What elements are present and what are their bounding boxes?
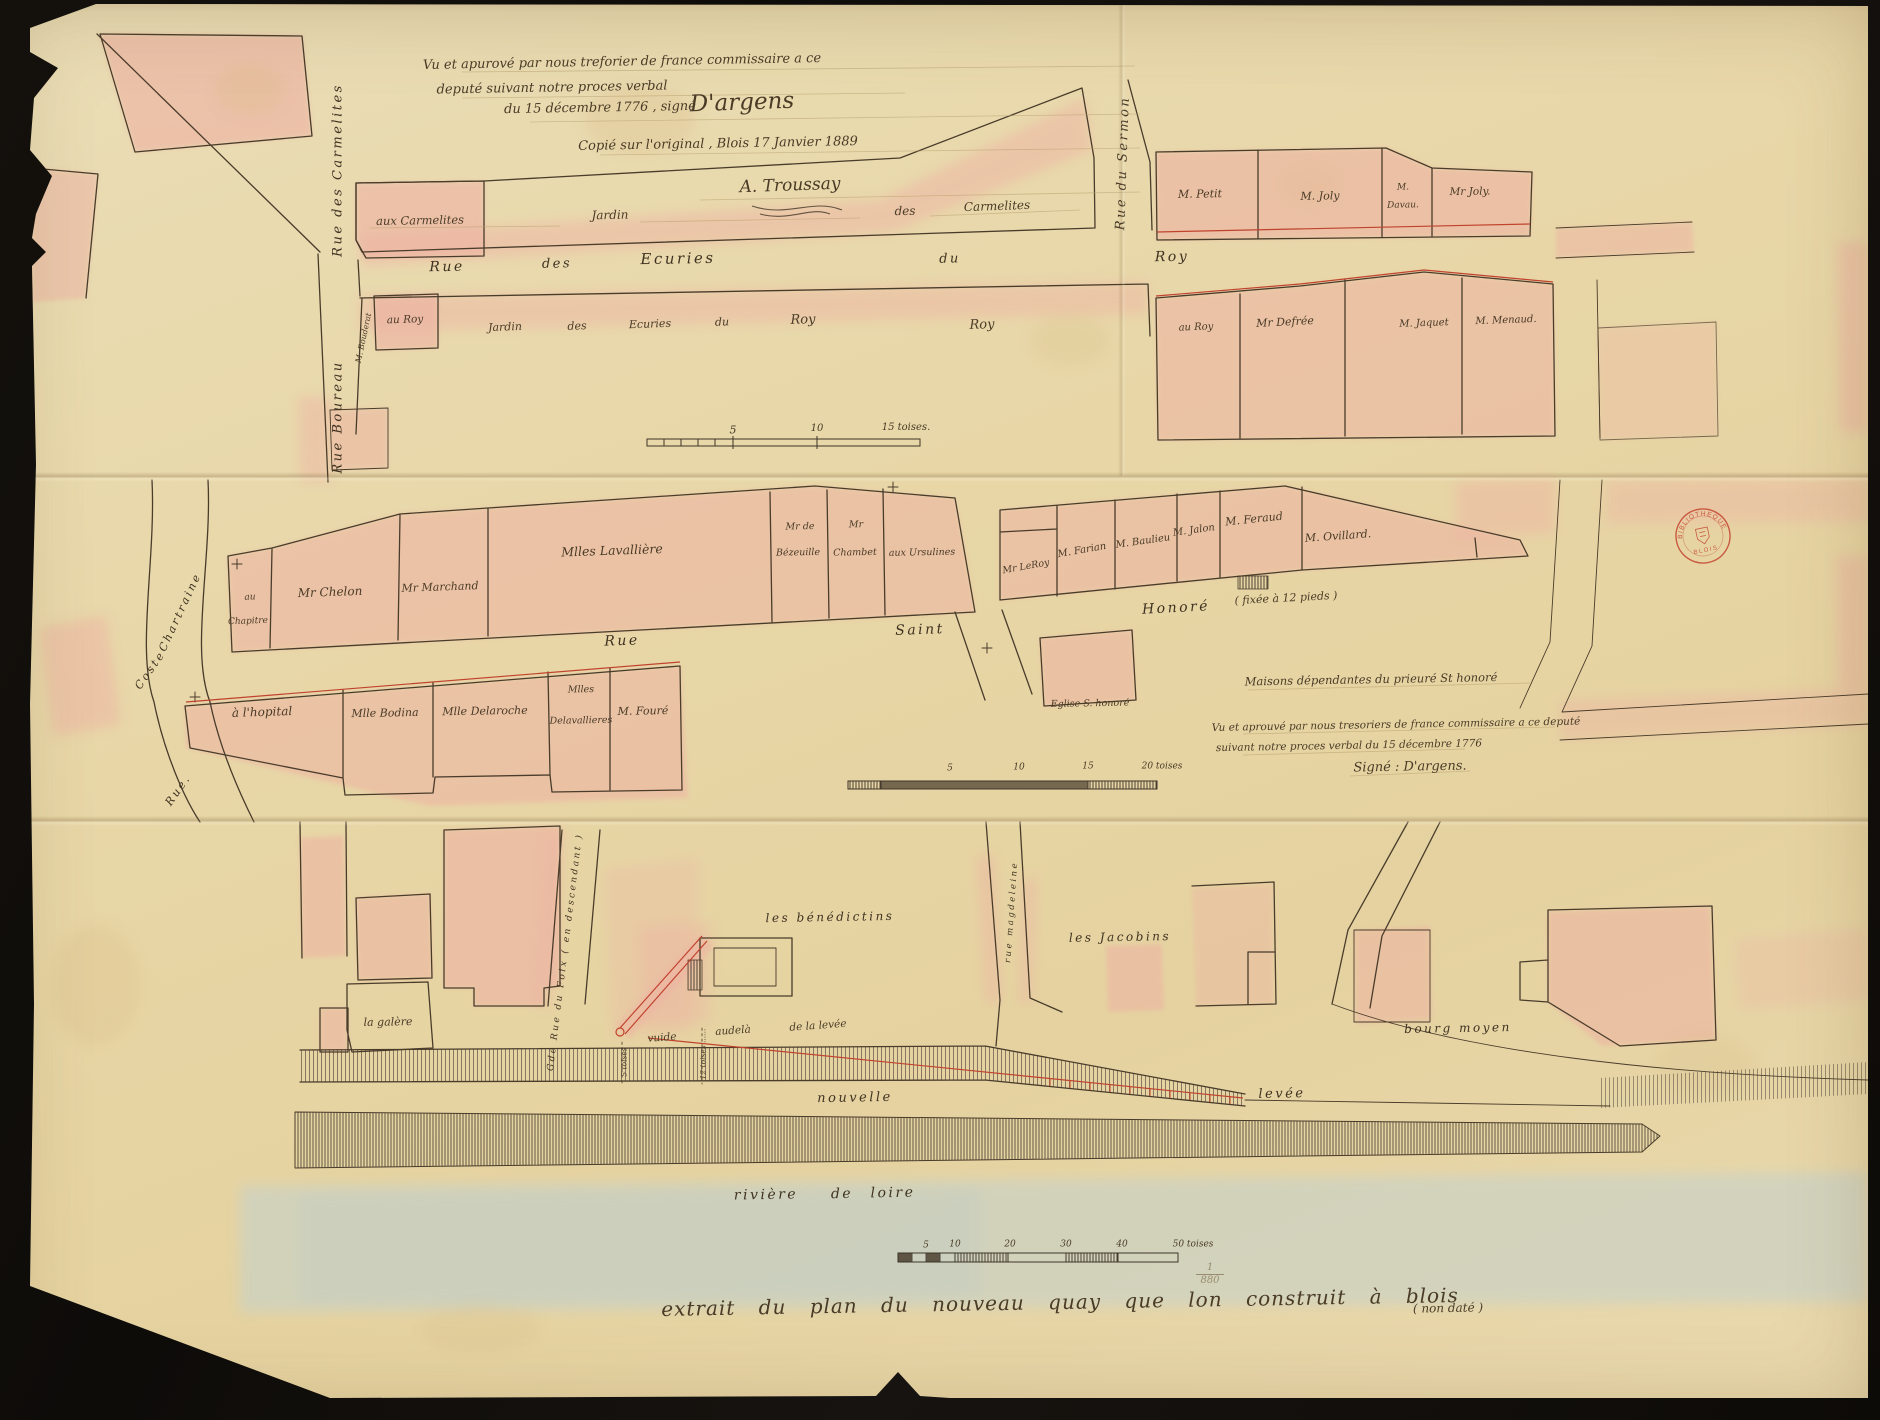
street-rue-boureau: Rue Boureau	[332, 360, 345, 473]
scale3-label-50: 50 toises	[1173, 1241, 1214, 1250]
scale2-label-15: 15	[1082, 763, 1093, 772]
scale3-label-5: 5	[923, 1242, 929, 1251]
scale-bar-toises-2	[848, 781, 1157, 789]
measure-5-toises: 5 toises	[620, 1047, 628, 1076]
plot-mlle-bodina: Mlle Bodina	[351, 707, 418, 719]
street-rue-des-carmelites: Rue des Carmelites	[332, 83, 345, 257]
scale3-label-20: 20	[1004, 1241, 1015, 1250]
header-line2: deputé suivant notre proces verbal	[436, 79, 667, 96]
plot-aux-ursulines: aux Ursulines	[889, 548, 956, 559]
plot-aux-carmelites: aux Carmelites	[376, 214, 464, 227]
plot-au-roy-east: au Roy	[1178, 322, 1213, 333]
header-signature: D'argens	[689, 90, 794, 117]
header-line3: du 15 décembre 1776 , signé	[504, 100, 696, 116]
scanned-plan-canvas: BIBLIOTHEQUE BLOIS Vu et apurové par nou…	[0, 0, 1880, 1420]
stamp-bottom-text: BLOIS	[1693, 545, 1719, 556]
garden-roy-word-ecuries: Ecuries	[629, 318, 672, 330]
approval2-signature: Signé : D'argens.	[1353, 760, 1466, 775]
header-copyist-signature: A. Troussay	[739, 176, 840, 197]
plot-a-l-hopital: à l'hopital	[232, 705, 293, 719]
plot-m-joly: M. Joly	[1300, 190, 1339, 202]
plot-delavallieres-line2: Delavallieres	[550, 716, 613, 727]
garden-roy-word-des: des	[567, 320, 587, 332]
plot-au-chapitre-line1: au	[244, 593, 255, 602]
garden-roy-word-jardin: Jardin	[488, 321, 522, 333]
plot-m-petit: M. Petit	[1178, 188, 1222, 200]
plot-mr-defree: Mr Defrée	[1256, 315, 1314, 329]
plot-chambet-line1: Mr	[849, 520, 863, 530]
pink-washes	[32, 34, 1868, 1052]
note-vuide: vuide	[647, 1032, 677, 1044]
plot-bezeuille-line1: Mr de	[785, 522, 814, 532]
levee-word-levee: levée	[1258, 1087, 1305, 1101]
plot-mlle-delaroche: Mlle Delaroche	[442, 705, 528, 717]
area-les-jacobins: les Jacobins	[1069, 930, 1171, 944]
street-ecuries-word-ecuries: Ecuries	[640, 251, 715, 267]
street-ecuries-word-roy: Roy	[1155, 250, 1190, 265]
plot-chambet-line2: Chambet	[833, 548, 877, 558]
garden-carmelites-word-carmelites: Carmelites	[964, 199, 1031, 213]
scale1-label-5: 5	[730, 425, 737, 436]
plot-delavallieres-line1: Mlles	[568, 685, 594, 695]
scale2-label-20: 20 toises	[1142, 763, 1183, 772]
area-bourg-moyen: bourg moyen	[1404, 1021, 1512, 1035]
garden-carmelites-word-des: des	[894, 205, 915, 217]
scale2-label-10: 10	[1013, 764, 1024, 773]
street-honore-word-honore: Honoré	[1142, 599, 1211, 617]
plot-bezeuille-line2: Bézeuille	[776, 548, 820, 558]
plot-m-jaquet: M. Jaquet	[1399, 318, 1449, 330]
plot-m-menaud: M. Menaud.	[1475, 315, 1536, 327]
scale-bar-toises-1	[647, 436, 920, 449]
scale-fraction-numerator: 1	[1196, 1262, 1224, 1275]
plot-la-galere: la galère	[363, 1016, 412, 1028]
plot-m-davau-line1: M.	[1397, 183, 1409, 192]
river-word-de: de	[831, 1187, 853, 1201]
scale1-label-10: 10	[811, 424, 824, 434]
area-les-benedictins: les bénédictins	[765, 910, 894, 924]
street-honore-word-rue: Rue	[604, 633, 640, 648]
garden-carmelites-word-jardin: Jardin	[591, 209, 628, 222]
scale1-label-15: 15 toises.	[882, 423, 931, 433]
river-word-riviere: rivière	[734, 1187, 799, 1202]
plot-m-davau-line2: Davau.	[1387, 201, 1419, 211]
garden-roy-word-roy: Roy	[790, 313, 815, 327]
plot-au-chapitre-line2: Chapitre	[228, 617, 268, 627]
plan-sheet: BIBLIOTHEQUE BLOIS Vu et apurové par nou…	[0, 0, 1880, 1420]
street-ecuries-word-des: des	[542, 257, 572, 271]
scale-fraction-denominator: 880	[1200, 1275, 1219, 1286]
garden-roy-word-roy-2: Roy	[969, 318, 994, 332]
levee-word-nouvelle: nouvelle	[817, 1091, 893, 1105]
scale3-label-30: 30	[1060, 1241, 1071, 1250]
plot-mr-joly-2: Mr Joly.	[1449, 186, 1490, 197]
scale2-label-5: 5	[947, 765, 953, 774]
street-ecuries-word-rue: Rue	[429, 260, 465, 275]
scale3-label-10: 10	[949, 1241, 960, 1250]
measure-12-toises: 12 toises ......	[699, 1029, 707, 1080]
plot-m-foure: M. Fouré	[618, 705, 669, 717]
label-eglise-st-honore: Eglise S. honoré	[1051, 699, 1130, 710]
plot-au-roy-west: au Roy	[387, 314, 424, 326]
street-ecuries-word-du: du	[939, 252, 961, 265]
garden-roy-word-du: du	[715, 316, 730, 327]
plot-mr-chelon: Mr Chelon	[297, 585, 362, 599]
note-audela: audelà	[715, 1025, 751, 1038]
river-word-loire: loire	[870, 1186, 915, 1201]
street-honore-word-saint: Saint	[895, 622, 945, 638]
plan-caption-note: ( non daté )	[1413, 1301, 1483, 1314]
plot-mr-marchand: Mr Marchand	[401, 580, 478, 594]
scale-fraction: 1 880	[1196, 1262, 1224, 1286]
scale3-label-40: 40	[1116, 1241, 1127, 1250]
